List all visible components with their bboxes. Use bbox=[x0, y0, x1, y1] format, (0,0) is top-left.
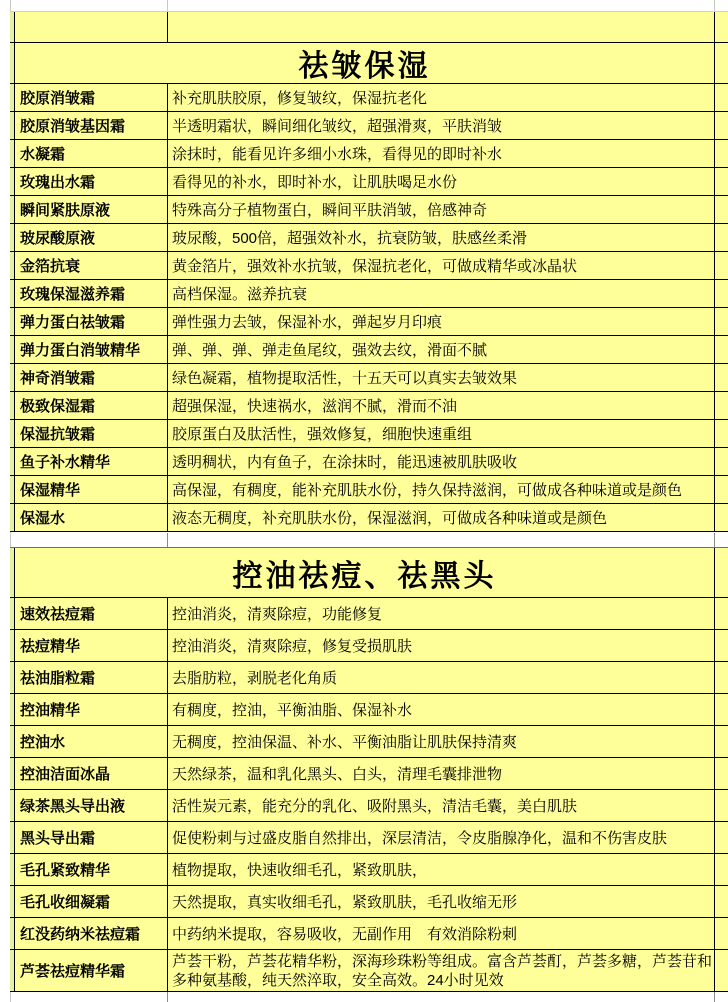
product-desc: 高档保湿。滋养抗衰 bbox=[172, 283, 307, 304]
product-name: 鱼子补水精华 bbox=[20, 451, 110, 472]
gridline-bottom-col-divider bbox=[167, 992, 168, 1002]
edge-cell[interactable] bbox=[715, 140, 728, 167]
product-desc-cell[interactable]: 中药纳米提取，容易吸收，无副作用 有效消除粉刺 bbox=[168, 918, 715, 949]
product-name-cell[interactable]: 胶原消皱基因霜 bbox=[15, 112, 168, 139]
empty-name-cell[interactable] bbox=[15, 12, 168, 42]
product-name-cell[interactable]: 保湿抗皱霜 bbox=[15, 420, 168, 447]
product-desc-cell[interactable]: 特殊高分子植物蛋白，瞬间平肤消皱，倍感神奇 bbox=[168, 196, 715, 223]
product-desc: 促使粉刺与过盛皮脂自然排出，深层清洁，令皮脂腺净化，温和不伤害皮肤 bbox=[172, 827, 667, 848]
table-row: 金箔抗衰黄金箔片，强效补水抗皱，保湿抗老化，可做成精华或冰晶状 bbox=[10, 252, 728, 280]
gridline-bottom-right-divider bbox=[714, 992, 715, 1002]
table-oil-control-acne: 控油祛痘、祛黑头 速效祛痘霜控油消炎，清爽除痘，功能修复祛痘精华控油消炎，清爽除… bbox=[10, 547, 728, 992]
spreadsheet-canvas: 祛皱保湿 胶原消皱霜补充肌肤胶原，修复皱纹，保湿抗老化胶原消皱基因霜半透明霜状，… bbox=[0, 0, 728, 1002]
product-name-cell[interactable]: 毛孔紧致精华 bbox=[15, 854, 168, 885]
product-desc: 芦荟干粉，芦荟花精华粉，深海珍珠粉等组成。富含芦荟酊，芦荟多糖，芦荟苷和多种氨基… bbox=[172, 952, 714, 990]
product-desc: 有稠度，控油，平衡油脂、保湿补水 bbox=[172, 699, 412, 720]
edge-cell[interactable] bbox=[715, 950, 728, 991]
product-desc-cell[interactable]: 高保湿，有稠度，能补充肌肤水份，持久保持滋润，可做成各种味道或是颜色 bbox=[168, 476, 715, 503]
edge-cell[interactable] bbox=[715, 854, 728, 885]
product-name-cell[interactable]: 速效祛痘霜 bbox=[15, 598, 168, 629]
product-name: 弹力蛋白消皱精华 bbox=[20, 339, 140, 360]
product-name-cell[interactable]: 绿茶黑头导出液 bbox=[15, 790, 168, 821]
table-row: 绿茶黑头导出液活性炭元素，能充分的乳化、吸附黑头，清洁毛囊，美白肌肤 bbox=[10, 790, 728, 822]
edge-cell[interactable] bbox=[715, 598, 728, 629]
product-name-cell[interactable]: 弹力蛋白消皱精华 bbox=[15, 336, 168, 363]
edge-cell[interactable] bbox=[715, 364, 728, 391]
table-anti-wrinkle-moisturizing: 祛皱保湿 胶原消皱霜补充肌肤胶原，修复皱纹，保湿抗老化胶原消皱基因霜半透明霜状，… bbox=[10, 11, 728, 532]
product-desc: 去脂肪粒，剥脱老化角质 bbox=[172, 667, 337, 688]
table-row: 保湿精华高保湿，有稠度，能补充肌肤水份，持久保持滋润，可做成各种味道或是颜色 bbox=[10, 476, 728, 504]
product-desc: 玻尿酸，500倍，超强效补水，抗衰防皱，肤感丝柔滑 bbox=[172, 227, 527, 248]
product-name: 金箔抗衰 bbox=[20, 255, 80, 276]
product-desc: 绿色凝霜，植物提取活性，十五天可以真实去皱效果 bbox=[172, 367, 517, 388]
product-name-cell[interactable]: 保湿水 bbox=[15, 504, 168, 531]
table-row: 毛孔紧致精华植物提取，快速收细毛孔，紧致肌肤， bbox=[10, 854, 728, 886]
edge-cell[interactable] bbox=[715, 336, 728, 363]
product-desc-cell[interactable]: 涂抹时，能看见许多细小水珠，看得见的即时补水 bbox=[168, 140, 715, 167]
table-row: 保湿水液态无稠度，补充肌肤水份，保湿滋润，可做成各种味道或是颜色 bbox=[10, 504, 728, 532]
product-name-cell[interactable]: 水凝霜 bbox=[15, 140, 168, 167]
product-desc-cell[interactable]: 去脂肪粒，剥脱老化角质 bbox=[168, 662, 715, 693]
product-desc: 植物提取，快速收细毛孔，紧致肌肤， bbox=[172, 859, 427, 880]
table-row: 胶原消皱霜补充肌肤胶原，修复皱纹，保湿抗老化 bbox=[10, 84, 728, 112]
table-row: 神奇消皱霜绿色凝霜，植物提取活性，十五天可以真实去皱效果 bbox=[10, 364, 728, 392]
edge-cell[interactable] bbox=[715, 112, 728, 139]
gridline-top-right-divider bbox=[714, 0, 715, 11]
product-desc-cell[interactable]: 活性炭元素，能充分的乳化、吸附黑头，清洁毛囊，美白肌肤 bbox=[168, 790, 715, 821]
product-name: 玻尿酸原液 bbox=[20, 227, 95, 248]
product-name: 保湿水 bbox=[20, 507, 65, 528]
edge-cell[interactable] bbox=[715, 886, 728, 917]
product-desc: 天然提取，真实收细毛孔，紧致肌肤，毛孔收缩无形 bbox=[172, 891, 517, 912]
product-name-cell[interactable]: 黑头导出霜 bbox=[15, 822, 168, 853]
product-name-cell[interactable]: 金箔抗衰 bbox=[15, 252, 168, 279]
product-desc-cell[interactable]: 补充肌肤胶原，修复皱纹，保湿抗老化 bbox=[168, 84, 715, 111]
product-name-cell[interactable]: 控油精华 bbox=[15, 694, 168, 725]
edge-cell[interactable] bbox=[715, 822, 728, 853]
product-name: 极致保湿霜 bbox=[20, 395, 95, 416]
product-desc: 特殊高分子植物蛋白，瞬间平肤消皱，倍感神奇 bbox=[172, 199, 487, 220]
edge-cell[interactable] bbox=[715, 758, 728, 789]
product-desc-cell[interactable]: 天然提取，真实收细毛孔，紧致肌肤，毛孔收缩无形 bbox=[168, 886, 715, 917]
product-name: 保湿抗皱霜 bbox=[20, 423, 95, 444]
table-row: 祛痘精华控油消炎，清爽除痘，修复受损肌肤 bbox=[10, 630, 728, 662]
product-desc: 中药纳米提取，容易吸收，无副作用 有效消除粉刺 bbox=[172, 923, 517, 944]
edge-cell[interactable] bbox=[715, 548, 728, 597]
product-name-cell[interactable]: 玫瑰保湿滋养霜 bbox=[15, 280, 168, 307]
edge-cell[interactable] bbox=[715, 662, 728, 693]
product-name: 保湿精华 bbox=[20, 479, 80, 500]
section-rows: 胶原消皱霜补充肌肤胶原，修复皱纹，保湿抗老化胶原消皱基因霜半透明霜状，瞬间细化皱… bbox=[10, 84, 728, 532]
table-row: 胶原消皱基因霜半透明霜状，瞬间细化皱纹，超强滑爽，平肤消皱 bbox=[10, 112, 728, 140]
product-desc-cell[interactable]: 超强保湿，快速祸水，滋润不腻，滑而不油 bbox=[168, 392, 715, 419]
product-name: 玫瑰出水霜 bbox=[20, 171, 95, 192]
product-name: 祛痘精华 bbox=[20, 635, 80, 656]
edge-cell[interactable] bbox=[715, 168, 728, 195]
product-desc: 天然绿茶，温和乳化黑头、白头，清理毛囊排泄物 bbox=[172, 763, 502, 784]
gridline-top-col-divider bbox=[167, 0, 168, 11]
section-title-cell[interactable]: 祛皱保湿 bbox=[15, 43, 715, 83]
product-desc: 看得见的补水，即时补水，让肌肤喝足水份 bbox=[172, 171, 457, 192]
edge-cell[interactable] bbox=[715, 12, 728, 42]
product-desc-cell[interactable]: 看得见的补水，即时补水，让肌肤喝足水份 bbox=[168, 168, 715, 195]
product-name-cell[interactable]: 祛油脂粒霜 bbox=[15, 662, 168, 693]
product-desc: 控油消炎，清爽除痘，功能修复 bbox=[172, 603, 382, 624]
table-row-empty bbox=[10, 12, 728, 43]
product-name: 黑头导出霜 bbox=[20, 827, 95, 848]
product-desc: 弹、弹、弹、弹走鱼尾纹，强效去纹，滑面不腻 bbox=[172, 339, 487, 360]
section-title-cell[interactable]: 控油祛痘、祛黑头 bbox=[15, 548, 715, 597]
table-row: 黑头导出霜促使粉刺与过盛皮脂自然排出，深层清洁，令皮脂腺净化，温和不伤害皮肤 bbox=[10, 822, 728, 854]
product-name-cell[interactable]: 神奇消皱霜 bbox=[15, 364, 168, 391]
table-row: 瞬间紧肤原液特殊高分子植物蛋白，瞬间平肤消皱，倍感神奇 bbox=[10, 196, 728, 224]
product-desc-cell[interactable]: 半透明霜状，瞬间细化皱纹，超强滑爽，平肤消皱 bbox=[168, 112, 715, 139]
product-desc-cell[interactable]: 透明稠状，内有鱼子，在涂抹时，能迅速被肌肤吸收 bbox=[168, 448, 715, 475]
product-desc: 胶原蛋白及肽活性，强效修复，细胞快速重组 bbox=[172, 423, 472, 444]
product-name-cell[interactable]: 控油洁面冰晶 bbox=[15, 758, 168, 789]
product-desc-cell[interactable]: 控油消炎，清爽除痘，修复受损肌肤 bbox=[168, 630, 715, 661]
product-name-cell[interactable]: 红没药纳米祛痘霜 bbox=[15, 918, 168, 949]
table-row: 鱼子补水精华透明稠状，内有鱼子，在涂抹时，能迅速被肌肤吸收 bbox=[10, 448, 728, 476]
product-name-cell[interactable]: 祛痘精华 bbox=[15, 630, 168, 661]
product-desc: 半透明霜状，瞬间细化皱纹，超强滑爽，平肤消皱 bbox=[172, 115, 502, 136]
table-row: 毛孔收细凝霜天然提取，真实收细毛孔，紧致肌肤，毛孔收缩无形 bbox=[10, 886, 728, 918]
product-name-cell[interactable]: 保湿精华 bbox=[15, 476, 168, 503]
table-row: 控油精华有稠度，控油，平衡油脂、保湿补水 bbox=[10, 694, 728, 726]
product-desc-cell[interactable]: 绿色凝霜，植物提取活性，十五天可以真实去皱效果 bbox=[168, 364, 715, 391]
product-name-cell[interactable]: 胶原消皱霜 bbox=[15, 84, 168, 111]
product-name-cell[interactable]: 芦荟祛痘精华霜 bbox=[15, 950, 168, 991]
table-row: 玫瑰出水霜看得见的补水，即时补水，让肌肤喝足水份 bbox=[10, 168, 728, 196]
product-name: 神奇消皱霜 bbox=[20, 367, 95, 388]
table-row: 祛油脂粒霜去脂肪粒，剥脱老化角质 bbox=[10, 662, 728, 694]
table-row: 玫瑰保湿滋养霜高档保湿。滋养抗衰 bbox=[10, 280, 728, 308]
edge-cell[interactable] bbox=[715, 448, 728, 475]
gridline-gap-col-divider bbox=[167, 533, 168, 547]
product-desc-cell[interactable]: 促使粉刺与过盛皮脂自然排出，深层清洁，令皮脂腺净化，温和不伤害皮肤 bbox=[168, 822, 715, 853]
product-desc-cell[interactable]: 黄金箔片，强效补水抗皱，保湿抗老化，可做成精华或冰晶状 bbox=[168, 252, 715, 279]
product-desc: 无稠度，控油保温、补水、平衡油脂让肌肤保持清爽 bbox=[172, 731, 517, 752]
table-row: 弹力蛋白消皱精华弹、弹、弹、弹走鱼尾纹，强效去纹，滑面不腻 bbox=[10, 336, 728, 364]
product-desc: 弹性强力去皱，保湿补水，弹起岁月印痕 bbox=[172, 311, 442, 332]
product-name-cell[interactable]: 弹力蛋白祛皱霜 bbox=[15, 308, 168, 335]
product-name: 控油洁面冰晶 bbox=[20, 763, 110, 784]
product-name: 红没药纳米祛痘霜 bbox=[20, 923, 140, 944]
product-desc-cell[interactable]: 植物提取，快速收细毛孔，紧致肌肤， bbox=[168, 854, 715, 885]
product-name: 绿茶黑头导出液 bbox=[20, 795, 125, 816]
edge-cell[interactable] bbox=[715, 504, 728, 531]
product-desc-cell[interactable]: 芦荟干粉，芦荟花精华粉，深海珍珠粉等组成。富含芦荟酊，芦荟多糖，芦荟苷和多种氨基… bbox=[168, 950, 715, 991]
product-name-cell[interactable]: 玫瑰出水霜 bbox=[15, 168, 168, 195]
product-desc-cell[interactable]: 无稠度，控油保温、补水、平衡油脂让肌肤保持清爽 bbox=[168, 726, 715, 757]
product-name-cell[interactable]: 瞬间紧肤原液 bbox=[15, 196, 168, 223]
edge-cell[interactable] bbox=[715, 630, 728, 661]
table-row: 芦荟祛痘精华霜芦荟干粉，芦荟花精华粉，深海珍珠粉等组成。富含芦荟酊，芦荟多糖，芦… bbox=[10, 950, 728, 992]
product-desc: 高保湿，有稠度，能补充肌肤水份，持久保持滋润，可做成各种味道或是颜色 bbox=[172, 479, 682, 500]
edge-cell[interactable] bbox=[715, 918, 728, 949]
product-name: 瞬间紧肤原液 bbox=[20, 199, 110, 220]
product-name: 玫瑰保湿滋养霜 bbox=[20, 283, 125, 304]
product-desc-cell[interactable]: 玻尿酸，500倍，超强效补水，抗衰防皱，肤感丝柔滑 bbox=[168, 224, 715, 251]
product-name: 速效祛痘霜 bbox=[20, 603, 95, 624]
product-desc-cell[interactable]: 控油消炎，清爽除痘，功能修复 bbox=[168, 598, 715, 629]
edge-cell[interactable] bbox=[715, 476, 728, 503]
product-name: 控油精华 bbox=[20, 699, 80, 720]
edge-cell[interactable] bbox=[715, 224, 728, 251]
product-name-cell[interactable]: 极致保湿霜 bbox=[15, 392, 168, 419]
gridline-gap-right-divider bbox=[714, 533, 715, 547]
product-name: 胶原消皱霜 bbox=[20, 87, 95, 108]
product-name: 弹力蛋白祛皱霜 bbox=[20, 311, 125, 332]
product-desc: 黄金箔片，强效补水抗皱，保湿抗老化，可做成精华或冰晶状 bbox=[172, 255, 577, 276]
edge-cell[interactable] bbox=[715, 392, 728, 419]
edge-cell[interactable] bbox=[715, 84, 728, 111]
product-desc-cell[interactable]: 有稠度，控油，平衡油脂、保湿补水 bbox=[168, 694, 715, 725]
product-name: 胶原消皱基因霜 bbox=[20, 115, 125, 136]
table-row: 玻尿酸原液玻尿酸，500倍，超强效补水，抗衰防皱，肤感丝柔滑 bbox=[10, 224, 728, 252]
product-desc: 补充肌肤胶原，修复皱纹，保湿抗老化 bbox=[172, 87, 427, 108]
table-row: 控油洁面冰晶天然绿茶，温和乳化黑头、白头，清理毛囊排泄物 bbox=[10, 758, 728, 790]
product-name-cell[interactable]: 鱼子补水精华 bbox=[15, 448, 168, 475]
product-name: 水凝霜 bbox=[20, 143, 65, 164]
table-row: 红没药纳米祛痘霜中药纳米提取，容易吸收，无副作用 有效消除粉刺 bbox=[10, 918, 728, 950]
product-desc: 涂抹时，能看见许多细小水珠，看得见的即时补水 bbox=[172, 143, 502, 164]
product-name-cell[interactable]: 毛孔收细凝霜 bbox=[15, 886, 168, 917]
table-row: 保湿抗皱霜胶原蛋白及肽活性，强效修复，细胞快速重组 bbox=[10, 420, 728, 448]
product-desc-cell[interactable]: 液态无稠度，补充肌肤水份，保湿滋润，可做成各种味道或是颜色 bbox=[168, 504, 715, 531]
section-header-row: 控油祛痘、祛黑头 bbox=[10, 548, 728, 598]
edge-cell[interactable] bbox=[715, 43, 728, 83]
table-row: 控油水无稠度，控油保温、补水、平衡油脂让肌肤保持清爽 bbox=[10, 726, 728, 758]
table-row: 弹力蛋白祛皱霜弹性强力去皱，保湿补水，弹起岁月印痕 bbox=[10, 308, 728, 336]
table-row: 水凝霜涂抹时，能看见许多细小水珠，看得见的即时补水 bbox=[10, 140, 728, 168]
table-row: 速效祛痘霜控油消炎，清爽除痘，功能修复 bbox=[10, 598, 728, 630]
section-header-row: 祛皱保湿 bbox=[10, 43, 728, 84]
product-desc: 透明稠状，内有鱼子，在涂抹时，能迅速被肌肤吸收 bbox=[172, 451, 517, 472]
empty-desc-cell[interactable] bbox=[168, 12, 715, 42]
product-name: 控油水 bbox=[20, 731, 65, 752]
product-desc-cell[interactable]: 天然绿茶，温和乳化黑头、白头，清理毛囊排泄物 bbox=[168, 758, 715, 789]
product-desc: 控油消炎，清爽除痘，修复受损肌肤 bbox=[172, 635, 412, 656]
edge-cell[interactable] bbox=[715, 420, 728, 447]
product-name: 毛孔紧致精华 bbox=[20, 859, 110, 880]
product-name: 芦荟祛痘精华霜 bbox=[20, 960, 125, 981]
product-desc-cell[interactable]: 弹、弹、弹、弹走鱼尾纹，强效去纹，滑面不腻 bbox=[168, 336, 715, 363]
edge-cell[interactable] bbox=[715, 308, 728, 335]
product-desc: 超强保湿，快速祸水，滋润不腻，滑而不油 bbox=[172, 395, 457, 416]
product-desc-cell[interactable]: 弹性强力去皱，保湿补水，弹起岁月印痕 bbox=[168, 308, 715, 335]
edge-cell[interactable] bbox=[715, 196, 728, 223]
product-desc: 液态无稠度，补充肌肤水份，保湿滋润，可做成各种味道或是颜色 bbox=[172, 507, 607, 528]
product-name-cell[interactable]: 控油水 bbox=[15, 726, 168, 757]
section-rows: 速效祛痘霜控油消炎，清爽除痘，功能修复祛痘精华控油消炎，清爽除痘，修复受损肌肤祛… bbox=[10, 598, 728, 992]
edge-cell[interactable] bbox=[715, 694, 728, 725]
product-name: 祛油脂粒霜 bbox=[20, 667, 95, 688]
edge-cell[interactable] bbox=[715, 726, 728, 757]
edge-cell[interactable] bbox=[715, 790, 728, 821]
product-desc-cell[interactable]: 高档保湿。滋养抗衰 bbox=[168, 280, 715, 307]
product-desc: 活性炭元素，能充分的乳化、吸附黑头，清洁毛囊，美白肌肤 bbox=[172, 795, 577, 816]
product-name: 毛孔收细凝霜 bbox=[20, 891, 110, 912]
product-desc-cell[interactable]: 胶原蛋白及肽活性，强效修复，细胞快速重组 bbox=[168, 420, 715, 447]
edge-cell[interactable] bbox=[715, 280, 728, 307]
table-row: 极致保湿霜超强保湿，快速祸水，滋润不腻，滑而不油 bbox=[10, 392, 728, 420]
edge-cell[interactable] bbox=[715, 252, 728, 279]
product-name-cell[interactable]: 玻尿酸原液 bbox=[15, 224, 168, 251]
